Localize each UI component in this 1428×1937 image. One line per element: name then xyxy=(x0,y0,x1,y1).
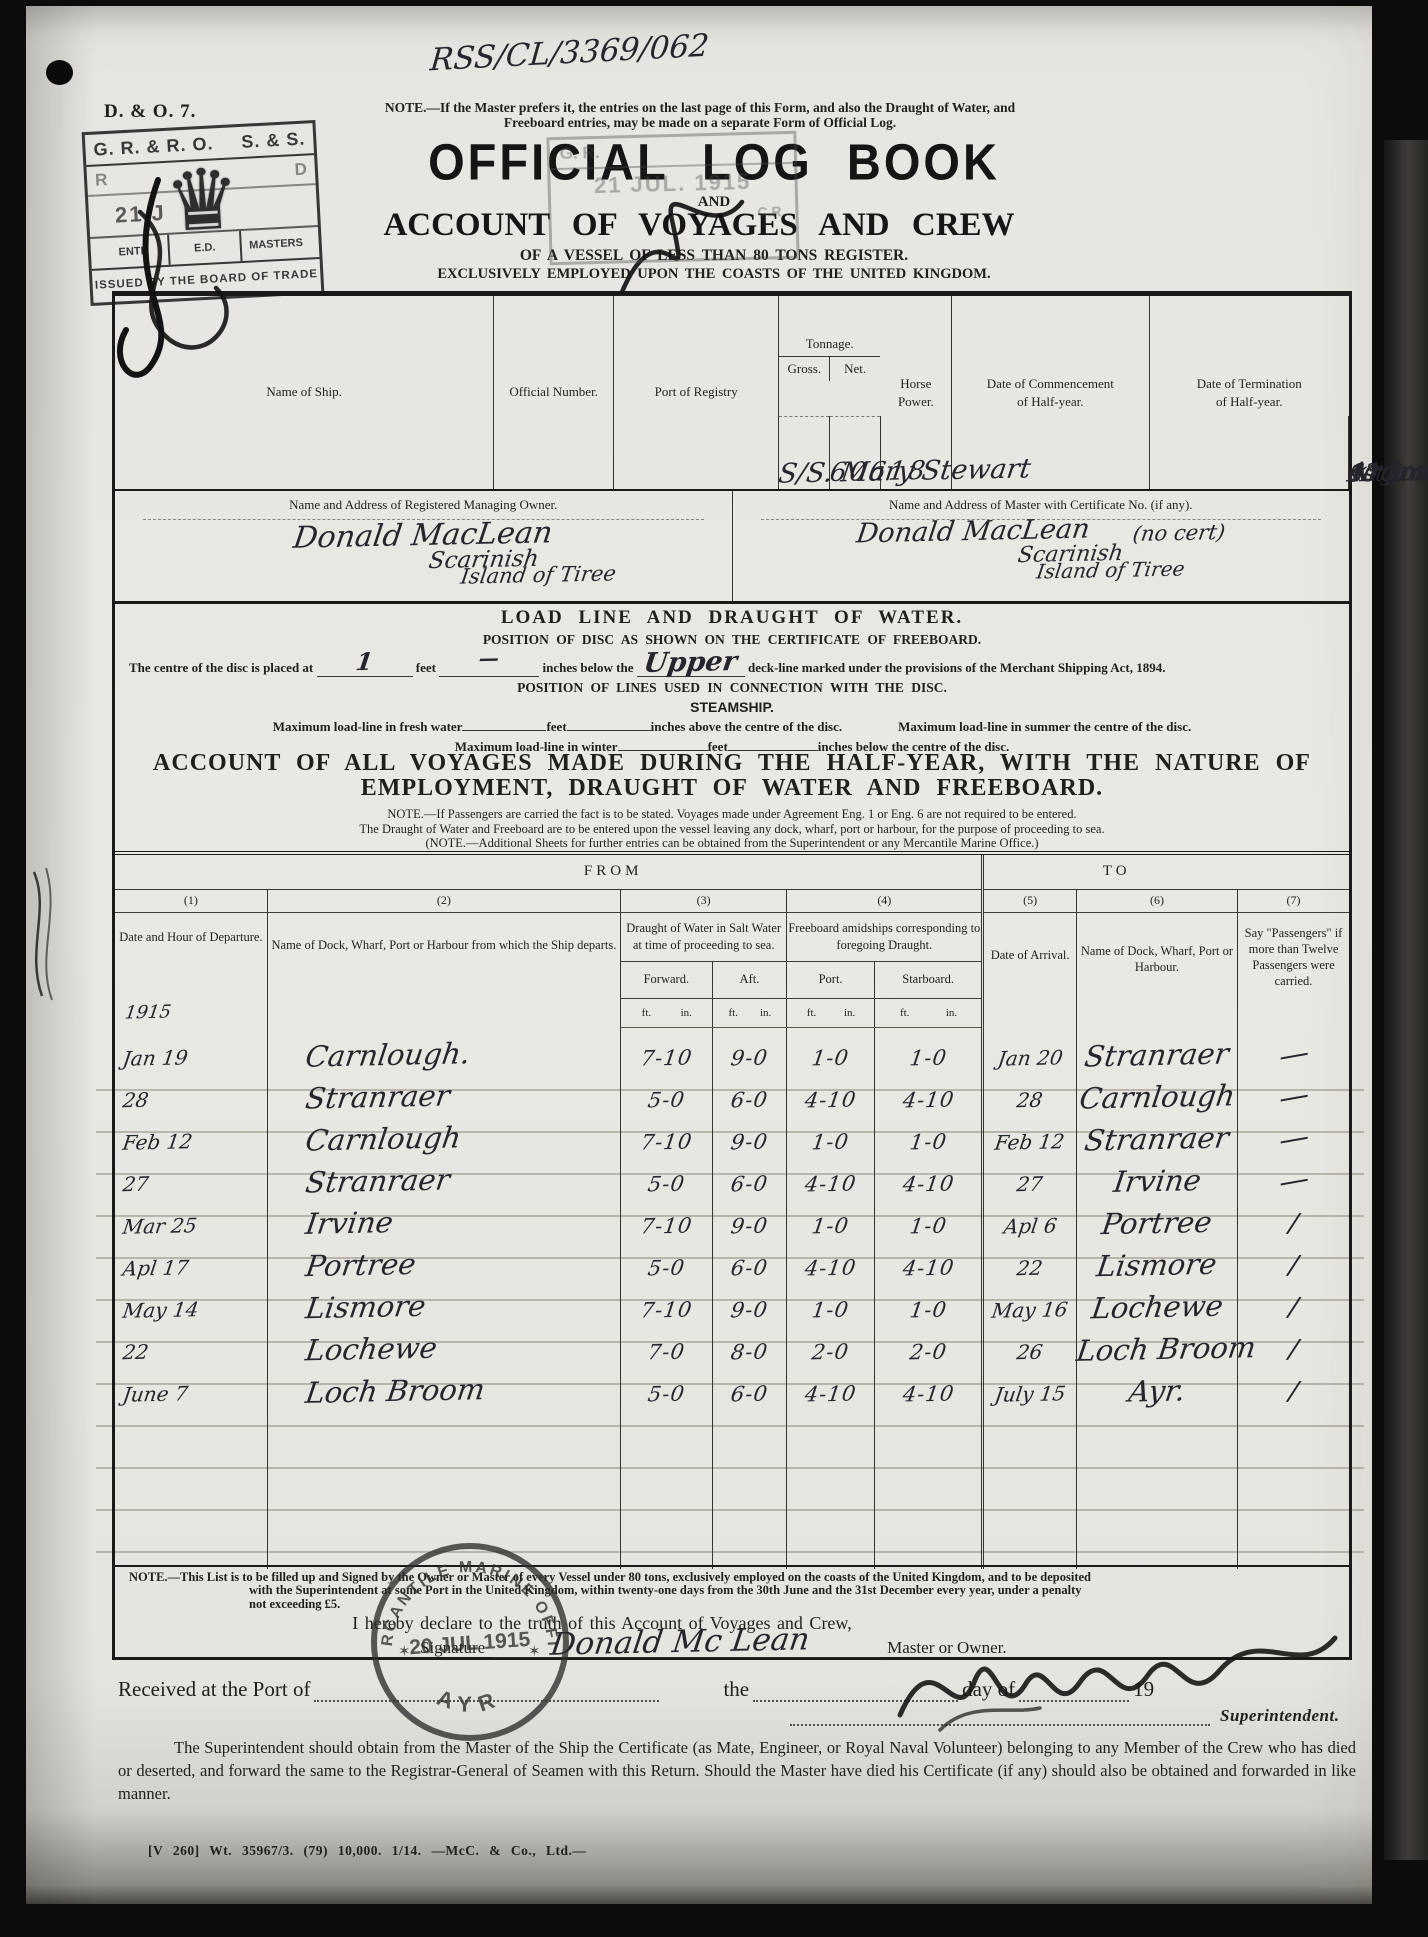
voyage-from-port: Portree xyxy=(304,1250,417,1278)
col4-header: Freeboard amidships corresponding to for… xyxy=(787,912,983,961)
voyage-departure-date: Feb 12 xyxy=(122,1132,194,1151)
owner-address2-handwritten: Island of Tiree xyxy=(459,564,617,586)
voyage-draught-forward: 7-0 xyxy=(647,1342,687,1362)
disc-prefix: The centre of the disc is placed at xyxy=(129,660,313,675)
header-net: Net. xyxy=(830,357,880,381)
voyage-from-port: Stranraer xyxy=(304,1166,452,1195)
voyage-row: 27Stranraer5-06-04-104-1027Irvine— xyxy=(115,1153,1349,1195)
voyage-departure-date: May 14 xyxy=(122,1300,200,1320)
voyage-freeboard-port: 1-0 xyxy=(811,1216,851,1236)
winter-prefix: Maximum load-line in winter xyxy=(455,739,618,754)
voyage-to-port: Lochewe xyxy=(1090,1292,1225,1321)
voyage-to-port: Ayr. xyxy=(1127,1377,1187,1404)
account-note-line2: The Draught of Water and Freeboard are t… xyxy=(115,822,1349,837)
header-official-number: Official Number. xyxy=(494,296,614,489)
voyage-row: Feb 12Carnlough7-109-01-01-0Feb 12Stranr… xyxy=(115,1111,1349,1153)
voyage-table: FROM TO (1) (2) (3) (4) (5) (6) (7) Date… xyxy=(115,855,1349,1570)
owner-master-section: Name and Address of Registered Managing … xyxy=(115,489,1349,601)
winter-rest: inches below the centre of the disc. xyxy=(818,739,1009,754)
voyage-to-port: Lismore xyxy=(1095,1250,1218,1279)
voyage-draught-aft: 8-0 xyxy=(730,1342,770,1362)
header-tonnage: Tonnage. xyxy=(779,332,880,357)
termination-handwritten: 30 June 1915 xyxy=(1348,461,1428,485)
voyage-freeboard-port: 4-10 xyxy=(804,1258,858,1278)
voyage-freeboard-starboard: 1-0 xyxy=(908,1216,948,1236)
voyage-arrival-date: Apl 6 xyxy=(1002,1216,1057,1235)
deck-value-handwritten: Upper xyxy=(643,650,739,676)
voyage-passengers-mark: — xyxy=(1277,1164,1309,1196)
fresh-feet-label: feet xyxy=(546,719,566,734)
voyage-freeboard-port: 2-0 xyxy=(811,1342,851,1362)
col-number-6: (6) xyxy=(1076,889,1237,912)
voyage-table-wrap: FROM TO (1) (2) (3) (4) (5) (6) (7) Date… xyxy=(115,851,1349,1565)
mercantile-marine-office-stamp: MERCANTILE MARINE OFFICE AYR 20 JUL 1915… xyxy=(366,1538,574,1746)
col-number-5: (5) xyxy=(983,889,1077,912)
received-at-port-label: Received at the Port of xyxy=(118,1677,310,1702)
voyage-draught-forward: 5-0 xyxy=(647,1384,687,1404)
header-horse-power-line2: Power. xyxy=(898,394,934,409)
voyage-freeboard-starboard: 1-0 xyxy=(908,1300,948,1320)
disc-suffix: deck-line marked under the provisions of… xyxy=(748,660,1165,675)
subheader-aft: Aft. xyxy=(712,961,787,998)
units-port: ft.in. xyxy=(787,998,875,1027)
feet-value-handwritten: 1 xyxy=(355,651,375,673)
declaration-note: NOTE.—This List is to be filled up and S… xyxy=(115,1567,1349,1612)
voyage-draught-forward: 5-0 xyxy=(647,1258,687,1278)
adjacent-page-edge xyxy=(1384,140,1428,1860)
units-aft: ft.in. xyxy=(712,998,787,1027)
voyage-passengers-mark: / xyxy=(1288,1295,1300,1320)
voyage-row: 22Lochewe7-08-02-02-026Loch Broom/ xyxy=(115,1321,1349,1363)
voyage-passengers-mark: — xyxy=(1277,1080,1309,1112)
voyage-row: Apl 17Portree5-06-04-104-1022Lismore/ xyxy=(115,1237,1349,1279)
top-note-line2: Freeboard entries, may be made on a sepa… xyxy=(360,115,1040,130)
voyage-passengers-mark: / xyxy=(1288,1379,1300,1404)
voyage-draught-aft: 6-0 xyxy=(730,1258,770,1278)
voyage-departure-date: Apl 17 xyxy=(122,1258,190,1277)
stamp-star-icon: ✶ xyxy=(398,1644,411,1660)
empty-rows-area xyxy=(115,1405,1349,1569)
position-of-lines-heading: POSITION OF LINES USED IN CONNECTION WIT… xyxy=(115,680,1349,696)
voyage-arrival-date: Feb 12 xyxy=(994,1132,1066,1151)
max-loadline-row: Maximum load-line in fresh waterfeetinch… xyxy=(115,719,1349,735)
voyage-from-port: Loch Broom xyxy=(304,1376,487,1406)
voyage-passengers-mark: / xyxy=(1288,1253,1300,1278)
voyage-departure-date: 28 xyxy=(122,1090,150,1109)
voyage-arrival-date: May 16 xyxy=(991,1300,1069,1320)
voyage-to-port: Portree xyxy=(1100,1208,1213,1236)
voyage-freeboard-starboard: 4-10 xyxy=(901,1090,955,1110)
col3-header: Draught of Water in Salt Water at time o… xyxy=(621,912,787,961)
subheader-forward: Forward. xyxy=(621,961,713,998)
binding-thread-icon xyxy=(16,868,76,1008)
unit-ft: ft. xyxy=(627,1007,667,1019)
voyage-passengers-mark: / xyxy=(1288,1211,1300,1236)
col7-header: Say "Passengers" if more than Twelve Pas… xyxy=(1238,912,1349,1027)
master-signature-handwritten: Donald Mc Lean xyxy=(549,1626,812,1659)
voyage-draught-forward: 5-0 xyxy=(647,1090,687,1110)
inches-label: inches below the xyxy=(542,660,633,675)
voyage-freeboard-port: 4-10 xyxy=(804,1174,858,1194)
voyage-from-port: Lismore xyxy=(304,1292,427,1321)
voyage-draught-aft: 6-0 xyxy=(730,1384,770,1404)
voyage-to-port: Irvine xyxy=(1112,1167,1203,1195)
col1-header: Date and Hour of Departure. 1915 xyxy=(115,912,267,1027)
account-heading-line2: EMPLOYMENT, DRAUGHT OF WATER AND FREEBOA… xyxy=(115,776,1349,801)
master-address2-handwritten: Island of Tiree xyxy=(1036,559,1186,580)
voyage-draught-forward: 5-0 xyxy=(647,1174,687,1194)
header-termination-line1: Date of Termination xyxy=(1197,376,1302,391)
voyage-draught-forward: 7-10 xyxy=(639,1132,693,1152)
voyage-departure-date: Jan 19 xyxy=(122,1048,189,1067)
superintendent-signature-scrawl xyxy=(880,1620,1350,1750)
voyage-departure-date: 22 xyxy=(122,1342,150,1361)
stamp-text: C.R. xyxy=(551,198,796,230)
voyage-arrival-date: 28 xyxy=(1016,1090,1044,1109)
voyage-to-port: Loch Broom xyxy=(1075,1334,1258,1364)
voyage-freeboard-starboard: 4-10 xyxy=(901,1384,955,1404)
header-date-termination: Date of Termination of Half-year. xyxy=(1149,296,1349,489)
voyage-arrival-date: 26 xyxy=(1016,1342,1044,1361)
voyage-to-port: Carnlough xyxy=(1078,1082,1237,1111)
voyage-passengers-mark: — xyxy=(1277,1122,1309,1154)
col5-header: Date of Arrival. xyxy=(983,912,1077,1027)
voyage-freeboard-starboard: 4-10 xyxy=(901,1174,955,1194)
voyage-draught-aft: 6-0 xyxy=(730,1090,770,1110)
scanned-log-book-page: { "palette":{"paper":"#eae8e3","ink":"#2… xyxy=(0,0,1428,1937)
units-starboard: ft.in. xyxy=(874,998,982,1027)
voyage-departure-date: 27 xyxy=(122,1174,150,1193)
header-termination-line2: of Half-year. xyxy=(1216,394,1282,409)
voyage-freeboard-starboard: 1-0 xyxy=(908,1132,948,1152)
voyage-draught-aft: 6-0 xyxy=(730,1174,770,1194)
load-line-section: LOAD LINE AND DRAUGHT OF WATER. POSITION… xyxy=(115,601,1349,746)
master-cert-note-handwritten: (no cert) xyxy=(1131,523,1226,544)
header-commencement-line2: of Half-year. xyxy=(1017,394,1083,409)
voyage-from-port: Carnlough xyxy=(304,1124,463,1153)
punch-hole xyxy=(46,60,73,85)
col6-header: Name of Dock, Wharf, Port or Harbour. xyxy=(1076,912,1237,1027)
voyage-from-port: Irvine xyxy=(304,1209,395,1237)
unit-in: in. xyxy=(928,1007,975,1019)
col-number-7: (7) xyxy=(1238,889,1349,912)
col-number-3: (3) xyxy=(621,889,787,912)
voyage-draught-forward: 7-10 xyxy=(639,1048,693,1068)
voyage-freeboard-port: 4-10 xyxy=(804,1384,858,1404)
inches-value-handwritten: — xyxy=(478,649,501,667)
unit-ft: ft. xyxy=(881,1007,928,1019)
winter-line: Maximum load-line in winterfeetinches be… xyxy=(455,739,1010,755)
stamp-date-text: 20 JUL 1915 xyxy=(409,1628,532,1659)
voyage-arrival-date: 27 xyxy=(1016,1174,1044,1193)
voyage-row: Jan 19Carnlough.7-109-01-01-0Jan 20Stran… xyxy=(115,1027,1349,1069)
declaration-note-line3: not exceeding £5. xyxy=(129,1598,1339,1612)
voyage-arrival-date: 22 xyxy=(1016,1258,1044,1277)
unit-ft: ft. xyxy=(717,1007,749,1019)
voyage-row: Mar 25Irvine7-109-01-01-0Apl 6Portree/ xyxy=(115,1195,1349,1237)
main-form: Name of Ship. Official Number. Port of R… xyxy=(112,291,1352,1660)
top-note: NOTE.—If the Master prefers it, the entr… xyxy=(360,100,1040,130)
account-note: NOTE.—If Passengers are carried the fact… xyxy=(115,801,1349,851)
fresh-prefix: Maximum load-line in fresh water xyxy=(273,719,463,734)
voyage-from-port: Carnlough. xyxy=(304,1040,472,1070)
header-horse-power-line1: Horse xyxy=(900,376,931,391)
col-number-2: (2) xyxy=(267,889,620,912)
col-number-4: (4) xyxy=(787,889,983,912)
header-gross: Gross. xyxy=(779,357,830,381)
voyage-to-port: Stranraer xyxy=(1083,1124,1231,1153)
feet-blank: 1 xyxy=(317,653,413,677)
col2-header: Name of Dock, Wharf, Port or Harbour fro… xyxy=(267,912,620,1027)
declaration-note-line1: NOTE.—This List is to be filled up and S… xyxy=(129,1571,1339,1585)
voyage-freeboard-port: 4-10 xyxy=(804,1090,858,1110)
voyage-arrival-date: July 15 xyxy=(994,1384,1067,1403)
account-note-line1: NOTE.—If Passengers are carried the fact… xyxy=(115,807,1349,822)
unit-in: in. xyxy=(831,1007,869,1019)
official-number-handwritten: 60618 xyxy=(828,460,929,485)
declaration-note-line2: with the Superintendent at some Port in … xyxy=(129,1584,1339,1598)
subheader-port: Port. xyxy=(787,961,875,998)
col-number-1: (1) xyxy=(115,889,267,912)
master-section: Name and Address of Master with Certific… xyxy=(733,491,1350,601)
voyage-row: 28Stranraer5-06-04-104-1028Carnlough— xyxy=(115,1069,1349,1111)
winter-feet-label: feet xyxy=(708,739,728,754)
voyage-freeboard-port: 1-0 xyxy=(811,1048,851,1068)
voyage-draught-aft: 9-0 xyxy=(730,1216,770,1236)
disc-position-line: The centre of the disc is placed at 1 fe… xyxy=(115,648,1349,677)
load-line-heading: LOAD LINE AND DRAUGHT OF WATER. xyxy=(115,604,1349,629)
voyage-freeboard-starboard: 2-0 xyxy=(908,1342,948,1362)
header-port-of-registry: Port of Registry xyxy=(614,296,779,489)
unit-in: in. xyxy=(666,1007,706,1019)
value-ship-name: S/S. Mary Stewart xyxy=(779,417,830,490)
form-code: D. & O. 7. xyxy=(104,101,196,123)
voyage-from-port: Stranraer xyxy=(304,1082,452,1111)
voyage-draught-aft: 9-0 xyxy=(730,1048,770,1068)
voyage-to-port: Stranraer xyxy=(1083,1040,1231,1069)
fresh-rest: inches above the centre of the disc. xyxy=(651,719,842,734)
voyage-freeboard-starboard: 1-0 xyxy=(908,1048,948,1068)
voyage-draught-forward: 7-10 xyxy=(639,1300,693,1320)
voyage-passengers-mark: / xyxy=(1288,1337,1300,1362)
received-stamp-faded: G. R. 21 JUL. 1915 C.R. xyxy=(546,131,799,266)
owner-label: Name and Address of Registered Managing … xyxy=(115,491,732,513)
voyage-arrival-date: Jan 20 xyxy=(996,1048,1063,1067)
printer-imprint: [V 260] Wt. 35967/3. (79) 10,000. 1/14. … xyxy=(148,1843,586,1859)
steamship-heading: STEAMSHIP. xyxy=(115,699,1349,715)
voyage-freeboard-port: 1-0 xyxy=(811,1300,851,1320)
from-group-header: FROM xyxy=(115,855,983,890)
voyage-draught-aft: 9-0 xyxy=(730,1132,770,1152)
fresh-water-line: Maximum load-line in fresh waterfeetinch… xyxy=(273,719,842,735)
subheader-starboard: Starboard. xyxy=(874,961,982,998)
voyage-draught-aft: 9-0 xyxy=(730,1300,770,1320)
voyage-departure-date: Mar 25 xyxy=(122,1216,198,1236)
voyage-from-port: Lochewe xyxy=(304,1334,439,1363)
voyage-draught-forward: 7-10 xyxy=(639,1216,693,1236)
voyage-year-handwritten: 1915 xyxy=(124,1004,172,1021)
master-label: Name and Address of Master with Certific… xyxy=(733,491,1350,513)
voyage-freeboard-port: 1-0 xyxy=(811,1132,851,1152)
account-note-line3: (NOTE.—Additional Sheets for further ent… xyxy=(115,836,1349,851)
value-official-number: 60618 xyxy=(829,417,880,490)
summer-line: Maximum load-line in summer the centre o… xyxy=(898,719,1191,735)
svg-text:AYR: AYR xyxy=(434,1685,507,1717)
top-note-line1: NOTE.—If the Master prefers it, the entr… xyxy=(360,100,1040,115)
col1-header-text: Date and Hour of Departure. xyxy=(115,913,267,945)
units-forward: ft.in. xyxy=(621,998,713,1027)
to-group-header: TO xyxy=(983,855,1349,890)
ship-particulars-table: Name of Ship. Official Number. Port of R… xyxy=(115,296,1349,489)
owner-section: Name and Address of Registered Managing … xyxy=(115,491,733,601)
stamp-star-icon: ✶ xyxy=(528,1644,541,1660)
unit-in: in. xyxy=(749,1007,781,1019)
stamp-port-text: AYR xyxy=(434,1685,507,1717)
voyage-row: May 14Lismore7-109-01-01-0May 16Lochewe/ xyxy=(115,1279,1349,1321)
voyage-departure-date: June 7 xyxy=(122,1384,189,1403)
inches-blank: — xyxy=(439,656,539,677)
voyage-rows: Jan 19Carnlough.7-109-01-01-0Jan 20Stran… xyxy=(115,1027,1349,1405)
voyage-freeboard-starboard: 4-10 xyxy=(901,1258,955,1278)
voyage-row: June 7Loch Broom5-06-04-104-10July 15Ayr… xyxy=(115,1363,1349,1405)
header-commencement-line1: Date of Commencement xyxy=(987,376,1114,391)
voyage-passengers-mark: — xyxy=(1277,1038,1309,1070)
unit-ft: ft. xyxy=(792,1007,830,1019)
the-label: the xyxy=(723,1677,749,1702)
deck-blank: Upper xyxy=(637,652,745,677)
winter-loadline-row: Maximum load-line in winterfeetinches be… xyxy=(115,739,1349,755)
feet-label: feet xyxy=(416,660,436,675)
